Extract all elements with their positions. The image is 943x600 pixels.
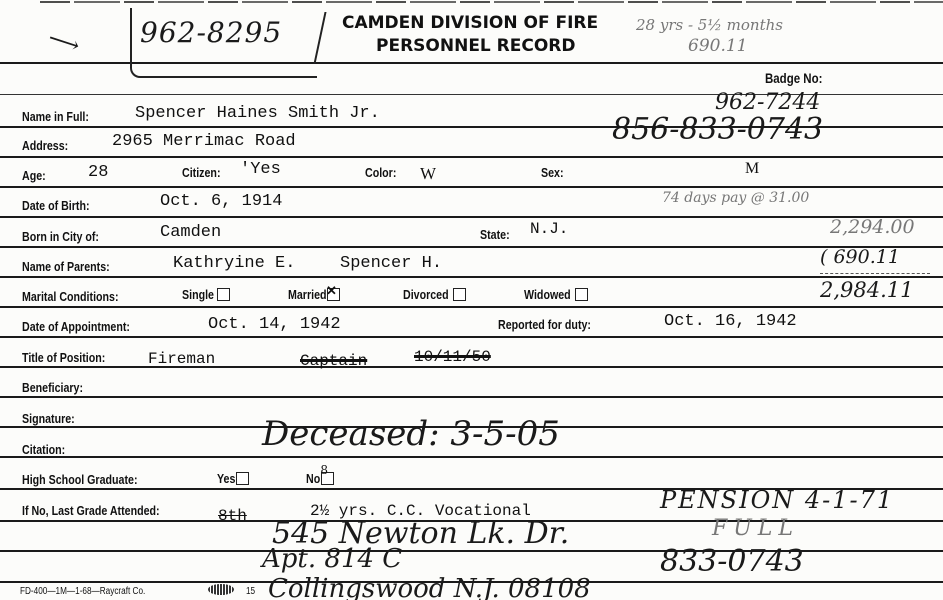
new-address-line2: Apt. 814 C bbox=[262, 544, 402, 574]
hs-yes-label: Yes bbox=[217, 471, 235, 486]
rule bbox=[0, 396, 943, 398]
reported-label: Reported for duty: bbox=[498, 317, 591, 332]
name-label: Name in Full: bbox=[22, 109, 89, 124]
note-years-months: 28 yrs - 5½ months bbox=[636, 16, 783, 34]
appointment-label: Date of Appointment: bbox=[22, 319, 130, 334]
rule bbox=[0, 276, 943, 278]
rule bbox=[0, 336, 943, 338]
title-label: Title of Position: bbox=[22, 350, 105, 365]
hs-yes[interactable]: Yes bbox=[217, 470, 249, 488]
union-label-icon bbox=[208, 584, 234, 595]
sum-line bbox=[820, 273, 930, 274]
phone-856: 856-833-0743 bbox=[612, 112, 823, 147]
form-title-line1: CAMDEN DIVISION OF FIRE bbox=[342, 13, 598, 33]
color-value: W bbox=[420, 164, 436, 184]
hs-no-label: No bbox=[306, 471, 320, 486]
state-label: State: bbox=[480, 227, 510, 242]
citation-value: Deceased: 3-5-05 bbox=[262, 414, 560, 454]
last-grade-label: If No, Last Grade Attended: bbox=[22, 503, 160, 518]
amount-total: 2,984.11 bbox=[820, 278, 914, 302]
single-label: Single bbox=[182, 287, 214, 302]
form-title-line2: PERSONNEL RECORD bbox=[376, 36, 576, 56]
phone-833: 833-0743 bbox=[660, 544, 804, 579]
address-value: 2965 Merrimac Road bbox=[112, 132, 296, 151]
reported-value: Oct. 16, 1942 bbox=[664, 312, 797, 331]
signature-label: Signature: bbox=[22, 411, 75, 426]
title-value: Fireman bbox=[148, 350, 215, 368]
amount-2294: 2,294.00 bbox=[830, 216, 915, 238]
appointment-value: Oct. 14, 1942 bbox=[208, 315, 341, 334]
address-label: Address: bbox=[22, 138, 68, 153]
citizen-label: Citizen: bbox=[182, 165, 221, 180]
rule bbox=[0, 456, 943, 458]
title-struck: Captain bbox=[300, 352, 367, 370]
hs-no[interactable]: No bbox=[306, 470, 334, 488]
born-city-label: Born in City of: bbox=[22, 229, 99, 244]
dob-label: Date of Birth: bbox=[22, 198, 90, 213]
note-amount: 690.11 bbox=[688, 36, 747, 56]
rule bbox=[0, 216, 943, 218]
page-number: 15 bbox=[246, 586, 255, 597]
marital-married[interactable]: Married bbox=[288, 287, 340, 302]
age-label: Age: bbox=[22, 168, 46, 183]
form-code: FD-400—1M—1-68—Raycraft Co. bbox=[20, 586, 145, 597]
personnel-record-card: ⟶ 962-8295 CAMDEN DIVISION OF FIRE PERSO… bbox=[0, 0, 943, 600]
amount-690-value: 690.11 bbox=[833, 246, 899, 268]
father-name: Spencer H. bbox=[340, 254, 442, 273]
marital-label: Marital Conditions: bbox=[22, 289, 119, 304]
widowed-checkbox[interactable] bbox=[575, 288, 588, 301]
citation-label: Citation: bbox=[22, 442, 65, 457]
rule bbox=[0, 246, 943, 248]
sex-label: Sex: bbox=[541, 165, 564, 180]
full-note: FULL bbox=[712, 516, 799, 541]
rule bbox=[0, 366, 943, 368]
amount-690: ( 690.11 bbox=[820, 246, 900, 268]
title-struck-date: 10/11/50 bbox=[414, 348, 491, 366]
state-value: N.J. bbox=[530, 220, 568, 238]
rule bbox=[0, 186, 943, 188]
citizen-value: 'Yes bbox=[240, 160, 281, 179]
married-label: Married bbox=[288, 287, 327, 302]
rule bbox=[0, 306, 943, 308]
new-address-line3: Collingswood N.J. 08108 bbox=[268, 574, 591, 600]
marital-single[interactable]: Single bbox=[182, 287, 230, 302]
top-border bbox=[40, 1, 943, 3]
stamp-number: 962-8295 bbox=[140, 16, 282, 49]
pension-note: PENSION 4-1-71 bbox=[660, 486, 894, 514]
single-checkbox[interactable] bbox=[217, 288, 230, 301]
parents-label: Name of Parents: bbox=[22, 259, 110, 274]
divorced-label: Divorced bbox=[403, 287, 449, 302]
days-pay-note: 74 days pay @ 31.00 bbox=[662, 190, 809, 206]
widowed-label: Widowed bbox=[524, 287, 571, 302]
last-grade-value: 8th bbox=[218, 507, 247, 525]
hs-no-checkbox-marked[interactable] bbox=[321, 472, 334, 485]
rule bbox=[0, 156, 943, 158]
arrow-mark-icon: ⟶ bbox=[45, 26, 83, 60]
divorced-checkbox[interactable] bbox=[453, 288, 466, 301]
badge-label: Badge No: bbox=[765, 70, 822, 86]
hs-yes-checkbox[interactable] bbox=[236, 472, 249, 485]
color-label: Color: bbox=[365, 165, 396, 180]
dob-value: Oct. 6, 1914 bbox=[160, 192, 282, 211]
married-checkbox-checked[interactable] bbox=[327, 288, 340, 301]
born-city-value: Camden bbox=[160, 223, 221, 242]
sex-value: M bbox=[745, 160, 759, 178]
mother-name: Kathryine E. bbox=[173, 254, 295, 273]
marital-divorced[interactable]: Divorced bbox=[403, 287, 466, 302]
marital-widowed[interactable]: Widowed bbox=[524, 287, 588, 302]
beneficiary-label: Beneficiary: bbox=[22, 380, 83, 395]
hs-label: High School Graduate: bbox=[22, 472, 137, 487]
name-value: Spencer Haines Smith Jr. bbox=[135, 104, 380, 123]
age-value: 28 bbox=[88, 163, 108, 182]
